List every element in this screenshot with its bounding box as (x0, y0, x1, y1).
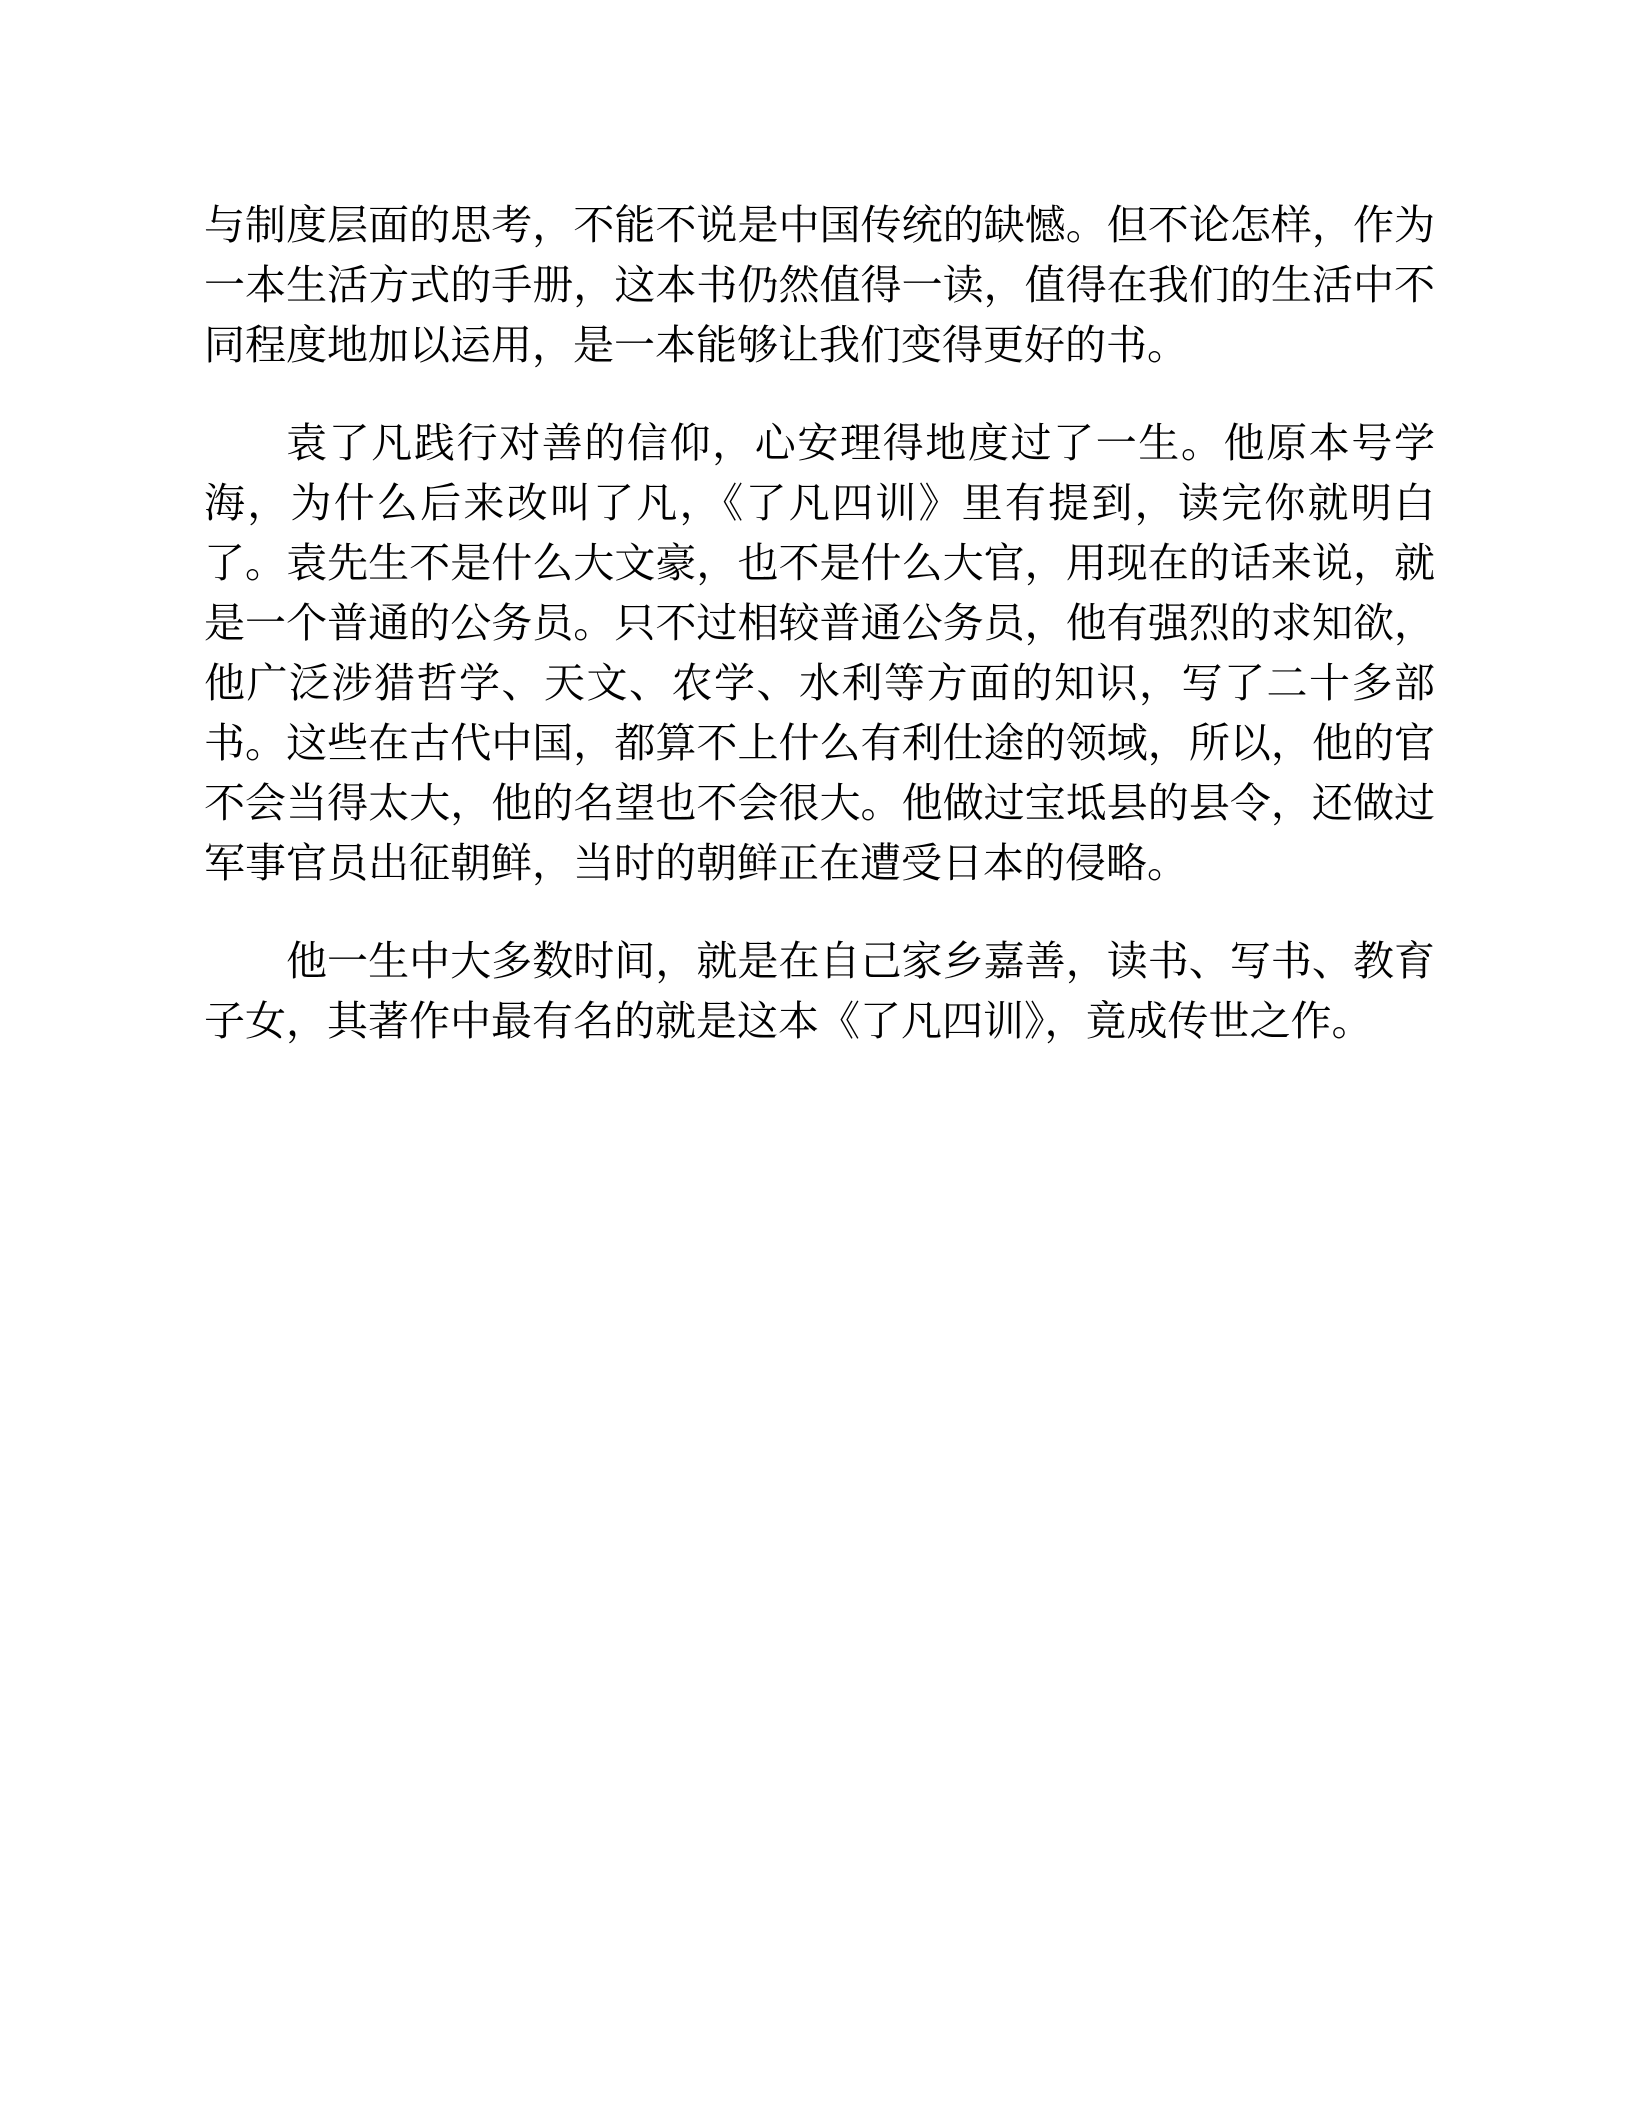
document-body: 与制度层面的思考，不能不说是中国传统的缺憾。但不论怎样，作为一本生活方式的手册，… (204, 195, 1435, 1051)
document-page: 与制度层面的思考，不能不说是中国传统的缺憾。但不论怎样，作为一本生活方式的手册，… (0, 0, 1632, 2112)
paragraph: 袁了凡践行对善的信仰，心安理得地度过了一生。他原本号学海，为什么后来改叫了凡，《… (204, 413, 1435, 893)
paragraph: 与制度层面的思考，不能不说是中国传统的缺憾。但不论怎样，作为一本生活方式的手册，… (204, 195, 1435, 375)
paragraph: 他一生中大多数时间，就是在自己家乡嘉善，读书、写书、教育子女，其著作中最有名的就… (204, 931, 1435, 1051)
